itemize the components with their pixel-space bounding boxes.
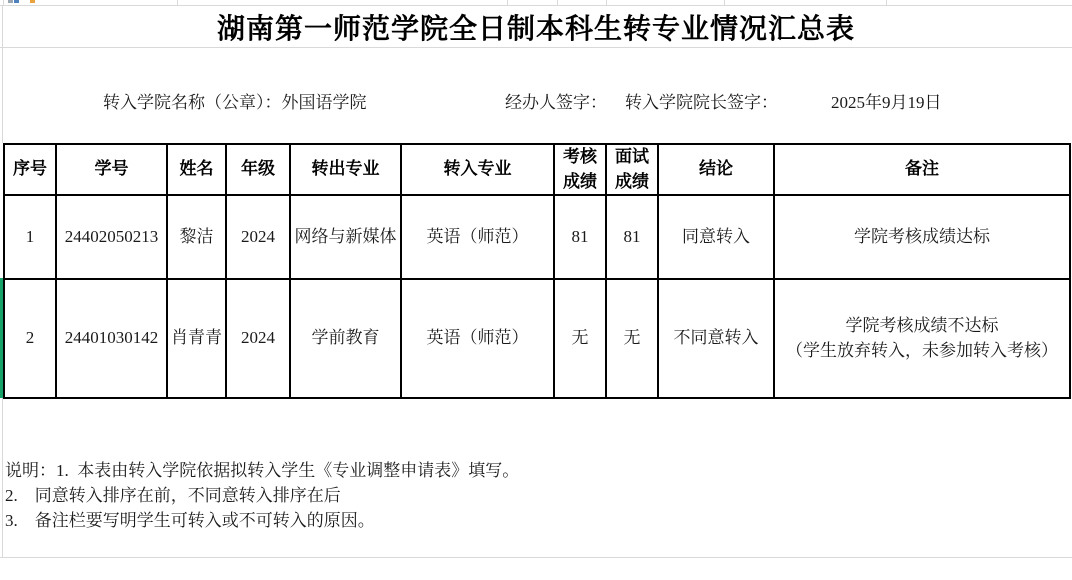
grid-line: [724, 0, 725, 5]
cell-name[interactable]: 黎洁: [167, 195, 226, 279]
bottom-gridline: [0, 557, 1072, 558]
header-major-in[interactable]: 转入专业: [401, 144, 554, 195]
cell-interview-score[interactable]: 81: [606, 195, 658, 279]
grid-line: [606, 0, 607, 5]
cell-grade[interactable]: 2024: [226, 279, 290, 398]
table-header-row: 序号 学号 姓名 年级 转出专业 转入专业 考核成绩 面试成绩 结论 备注: [4, 144, 1070, 195]
header-student-id[interactable]: 学号: [56, 144, 167, 195]
cell-name[interactable]: 肖青青: [167, 279, 226, 398]
note-line: 3. 备注栏要写明学生可转入或不可转入的原因。: [5, 508, 519, 533]
title-row-gridline: [0, 47, 1072, 48]
note-line: 2. 同意转入排序在前，不同意转入排序在后: [5, 483, 519, 508]
grid-line: [886, 0, 887, 5]
page-title: 湖南第一师范学院全日制本科生转专业情况汇总表: [0, 7, 1072, 47]
handler-signature-label: 经办人签字：: [505, 88, 607, 113]
table-row: 1 24402050213 黎洁 2024 网络与新媒体 英语（师范） 81 8…: [4, 195, 1070, 279]
cell-major-in[interactable]: 英语（师范）: [401, 195, 554, 279]
toolbar-fragment-orange-icon: [30, 0, 35, 3]
header-conclusion[interactable]: 结论: [658, 144, 774, 195]
header-interview-score[interactable]: 面试成绩: [606, 144, 658, 195]
header-remark[interactable]: 备注: [774, 144, 1070, 195]
selected-row-indicator: [0, 278, 3, 398]
cell-grade[interactable]: 2024: [226, 195, 290, 279]
cell-major-in[interactable]: 英语（师范）: [401, 279, 554, 398]
toolbar-fragment-blue-icon: [14, 0, 19, 3]
cell-exam-score[interactable]: 无: [554, 279, 606, 398]
dean-signature-label: 转入学院院长签字：: [625, 88, 778, 113]
note-line: 说明：1. 本表由转入学院依据拟转入学生《专业调整申请表》填写。: [5, 458, 519, 483]
cell-remark[interactable]: 学院考核成绩不达标 （学生放弃转入，未参加转入考核）: [774, 279, 1070, 398]
grid-line: [507, 0, 508, 5]
cell-serial[interactable]: 1: [4, 195, 56, 279]
date-value: 2025年9月19日: [831, 88, 942, 113]
top-gridline: [0, 5, 1072, 6]
cell-conclusion[interactable]: 同意转入: [658, 195, 774, 279]
grid-line: [3, 0, 4, 5]
toolbar-fragment-gray-icon: [8, 0, 13, 3]
cell-major-out[interactable]: 学前教育: [290, 279, 401, 398]
header-name[interactable]: 姓名: [167, 144, 226, 195]
cell-conclusion[interactable]: 不同意转入: [658, 279, 774, 398]
grid-line: [2, 398, 3, 557]
transfer-summary-table: 序号 学号 姓名 年级 转出专业 转入专业 考核成绩 面试成绩 结论 备注 1 …: [3, 143, 1071, 399]
cell-exam-score[interactable]: 81: [554, 195, 606, 279]
cell-major-out[interactable]: 网络与新媒体: [290, 195, 401, 279]
grid-line: [557, 0, 558, 5]
header-grade[interactable]: 年级: [226, 144, 290, 195]
cell-interview-score[interactable]: 无: [606, 279, 658, 398]
cell-student-id[interactable]: 24401030142: [56, 279, 167, 398]
cell-student-id[interactable]: 24402050213: [56, 195, 167, 279]
notes-block: 说明：1. 本表由转入学院依据拟转入学生《专业调整申请表》填写。 2. 同意转入…: [5, 458, 519, 533]
cell-serial[interactable]: 2: [4, 279, 56, 398]
table-row: 2 24401030142 肖青青 2024 学前教育 英语（师范） 无 无 不…: [4, 279, 1070, 398]
college-name-label: 转入学院名称（公章）：外国语学院: [103, 88, 367, 113]
grid-line: [177, 0, 178, 5]
header-major-out[interactable]: 转出专业: [290, 144, 401, 195]
header-serial[interactable]: 序号: [4, 144, 56, 195]
cell-remark[interactable]: 学院考核成绩达标: [774, 195, 1070, 279]
header-exam-score[interactable]: 考核成绩: [554, 144, 606, 195]
